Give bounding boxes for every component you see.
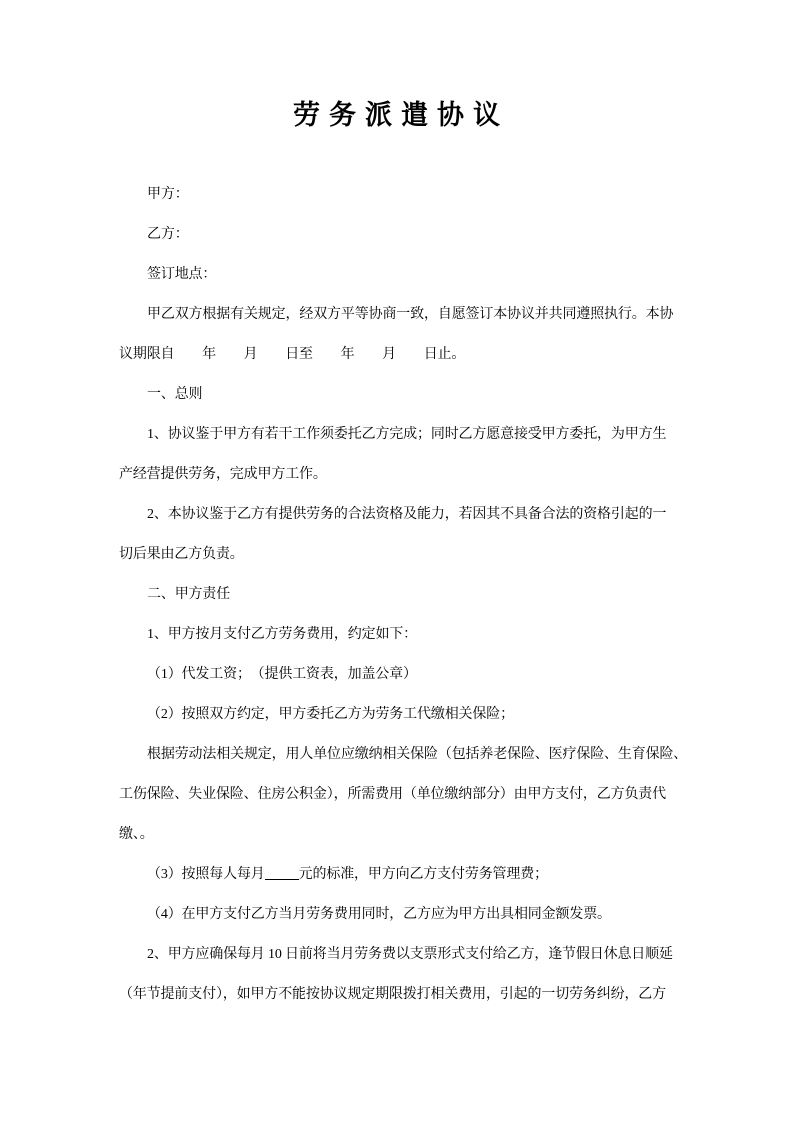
text-line: （4）在甲方支付乙方当月劳务费用同时，乙方应为甲方出具相同金额发票。 xyxy=(119,895,677,935)
document-page: 劳务派遣协议 甲方：乙方：签订地点：甲乙双方根据有关规定，经双方平等协商一致，自… xyxy=(0,0,793,1122)
text-line: 根据劳动法相关规定，用人单位应缴纳相关保险（包括养老保险、医疗保险、生育保险、 xyxy=(119,735,677,775)
text-line: （2）按照双方约定，甲方委托乙方为劳务工代缴相关保险； xyxy=(119,695,677,735)
text-line: 乙方： xyxy=(119,215,677,255)
document-title: 劳务派遣协议 xyxy=(0,100,793,130)
text-line: 切后果由乙方负责。 xyxy=(119,535,677,575)
text-line: 二、甲方责任 xyxy=(119,575,677,615)
text-line: （1）代发工资； （提供工资表，加盖公章） xyxy=(119,655,677,695)
text-line: 1、甲方按月支付乙方劳务费用，约定如下： xyxy=(119,615,677,655)
text-line: 工伤保险、失业保险、住房公积金），所需费用（单位缴纳部分）由甲方支付，乙方负责代 xyxy=(119,775,677,815)
text-line: 一、总则 xyxy=(119,375,677,415)
text-line: （年节提前支付），如甲方不能按协议规定期限拨打相关费用，引起的一切劳务纠纷，乙方 xyxy=(119,975,677,1015)
fill-in-blank xyxy=(265,865,299,880)
text-line: 甲乙双方根据有关规定，经双方平等协商一致，自愿签订本协议并共同遵照执行。本协 xyxy=(119,295,677,335)
text-line: 签订地点： xyxy=(119,255,677,295)
text-line: 2、甲方应确保每月 10 日前将当月劳务费以支票形式支付给乙方，逢节假日休息日顺… xyxy=(119,935,677,975)
text-line: 2、本协议鉴于乙方有提供劳务的合法资格及能力，若因其不具备合法的资格引起的一 xyxy=(119,495,677,535)
text-line: 甲方： xyxy=(119,175,677,215)
document-body: 甲方：乙方：签订地点：甲乙双方根据有关规定，经双方平等协商一致，自愿签订本协议并… xyxy=(119,175,677,1015)
text-segment: 元的标准，甲方向乙方支付劳务管理费； xyxy=(299,867,548,882)
text-segment: （3）按照每人每月 xyxy=(147,867,265,882)
text-line: 1、协议鉴于甲方有若干工作须委托乙方完成；同时乙方愿意接受甲方委托，为甲方生 xyxy=(119,415,677,455)
text-line: 产经营提供劳务，完成甲方工作。 xyxy=(119,455,677,495)
text-line: 议期限自 年 月 日至 年 月 日止。 xyxy=(119,335,677,375)
text-line: （3）按照每人每月元的标准，甲方向乙方支付劳务管理费； xyxy=(119,855,677,895)
text-line: 缴、。 xyxy=(119,815,677,855)
